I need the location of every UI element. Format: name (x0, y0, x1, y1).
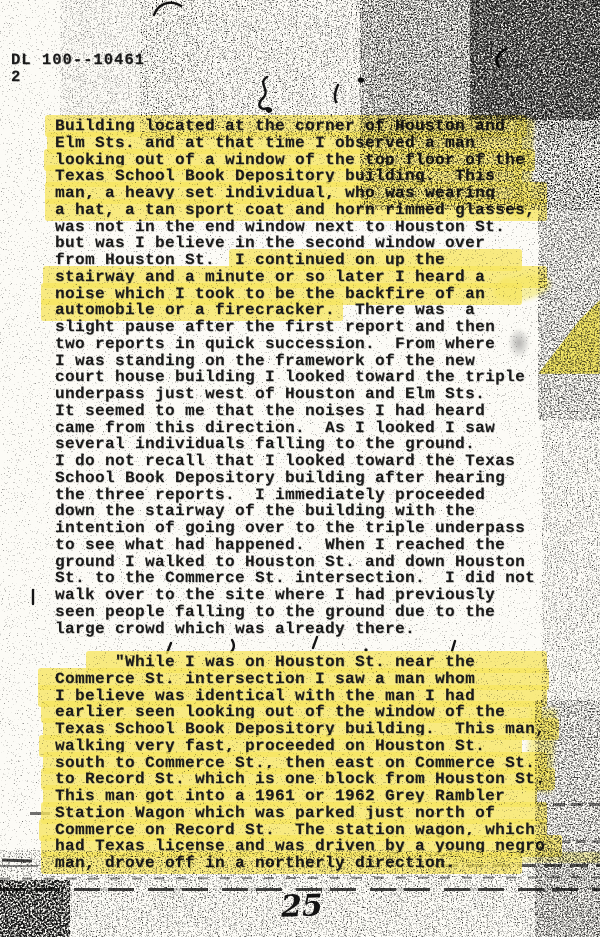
highlighted-text: This man got into a 1961 or 1962 Grey Ra… (45, 787, 535, 805)
text-line: had Texas license and was driven by a yo… (55, 838, 595, 855)
text-line: I was standing on the framework of the n… (55, 353, 595, 370)
text-line: intention of going over to the triple un… (55, 520, 595, 537)
text-line: underpass just west of Houston and Elm S… (55, 386, 595, 403)
plain-text: I do not recall that I looked toward the… (55, 452, 515, 470)
text-line: looking out of a window of the top floor… (55, 152, 595, 169)
text-line: south to Commerce St., then east on Comm… (55, 755, 595, 772)
plain-text: I was standing on the framework of the n… (55, 352, 475, 370)
plain-text: but was I believe in the second window o… (55, 234, 485, 252)
plain-text: slight pause after the first report and … (55, 318, 495, 336)
plain-text: came from this direction. As I looked I … (55, 419, 495, 437)
plain-text: underpass just west of Houston and Elm S… (55, 385, 485, 403)
highlighted-text: man, a heavy set individual, who was wea… (47, 184, 545, 202)
text-line: St. to the Commerce St. intersection. I … (55, 570, 595, 587)
noise-patch (470, 0, 600, 120)
text-line: Commerce St. intersection I saw a man wh… (55, 671, 595, 688)
plain-text: from Houston St. (55, 251, 235, 269)
highlighted-text: looking out of a window of the top floor… (46, 151, 533, 169)
noise-patch (0, 880, 70, 937)
highlighted-text: I believe was identical with the man I h… (40, 687, 545, 705)
plain-text: to see what had happened. When I reached… (55, 536, 505, 554)
highlighted-text: Commerce on Record St. The station wagon… (41, 821, 545, 839)
highlighted-text: a hat, a tan sport coat and horn rimmed … (47, 201, 545, 219)
text-line: automobile or a firecracker. There was a (55, 302, 595, 319)
plain-text: large crowd which was already there. (55, 620, 415, 638)
text-line: walking very fast, proceeded on Houston … (55, 738, 595, 755)
pen-squiggle (497, 49, 506, 67)
plain-text: ground I walked to Houston St. and down … (55, 553, 525, 571)
typewritten-text: Building located at the corner of Housto… (55, 118, 595, 872)
text-line: but was I believe in the second window o… (55, 235, 595, 252)
highlighted-text: noise which I took to be the backfire of… (43, 285, 520, 303)
highlighted-text: to Record St. which is one block from Ho… (43, 770, 553, 788)
plain-text: court house building I looked toward the… (55, 368, 525, 386)
text-line: ground I walked to Houston St. and down … (55, 554, 595, 571)
highlighted-text: "While I was on Houston St. near the (88, 653, 545, 671)
highlighted-text: automobile or a firecracker. (43, 301, 341, 319)
file-number: DL 100--10461 (11, 52, 145, 69)
highlighted-text: Building located at the corner of Housto… (47, 117, 525, 135)
highlighted-text: Commerce St. intersection I saw a man wh… (40, 670, 547, 688)
plain-text: the three reports. I immediately proceed… (55, 486, 485, 504)
plain-text: walk over to the site where I had previo… (55, 586, 495, 604)
text-line: This man got into a 1961 or 1962 Grey Ra… (55, 788, 595, 805)
highlighted-text: Elm Sts. and at that time I observed a m… (49, 134, 520, 152)
text-line: came from this direction. As I looked I … (55, 420, 595, 437)
plain-text: It seemed to me that the noises I had he… (55, 402, 485, 420)
text-line: noise which I took to be the backfire of… (55, 286, 595, 303)
pen-tick (335, 85, 338, 102)
plain-text: was not in the end window next to Housto… (55, 218, 505, 236)
text-line: Station Wagon which was parked just nort… (55, 805, 595, 822)
text-line: "While I was on Houston St. near the (55, 654, 595, 671)
pen-squiggle (259, 77, 268, 109)
text-line: It seemed to me that the noises I had he… (55, 403, 595, 420)
text-line: man, drove off in a northerly direction. (55, 855, 595, 872)
text-line: was not in the end window next to Housto… (55, 219, 595, 236)
plain-text: two reports in quick succession. From wh… (55, 335, 495, 353)
text-line: court house building I looked toward the… (55, 369, 595, 386)
text-line: down the stairway of the building with t… (55, 503, 595, 520)
paragraph: "While I was on Houston St. near theComm… (55, 654, 595, 872)
text-line: stairway and a minute or so later I hear… (55, 269, 595, 286)
text-line: man, a heavy set individual, who was wea… (55, 185, 595, 202)
highlighted-text: had Texas license and was driven by a yo… (43, 837, 560, 855)
text-line: Texas School Book Depository building. T… (55, 721, 595, 738)
plain-text: several individuals falling to the groun… (55, 435, 475, 453)
text-line: large crowd which was already there. (55, 621, 595, 638)
text-line: the three reports. I immediately proceed… (55, 487, 595, 504)
handwritten-page-number: 25 (280, 888, 323, 924)
text-line: I believe was identical with the man I h… (55, 688, 595, 705)
highlighted-text: man, drove off in a northerly direction. (43, 854, 520, 872)
document-header: DL 100--10461 2 (11, 52, 145, 86)
paragraph: Building located at the corner of Housto… (55, 118, 595, 637)
text-line: School Book Depository building after he… (55, 470, 595, 487)
plain-text: down the stairway of the building with t… (55, 502, 475, 520)
text-line: two reports in quick succession. From wh… (55, 336, 595, 353)
text-line: Elm Sts. and at that time I observed a m… (55, 135, 595, 152)
text-line: earlier seen looking out of the window o… (55, 704, 595, 721)
text-line: I do not recall that I looked toward the… (55, 453, 595, 470)
text-line: Commerce on Record St. The station wagon… (55, 822, 595, 839)
text-line: Building located at the corner of Housto… (55, 118, 595, 135)
highlighted-text: south to Commerce St., then east on Comm… (45, 754, 545, 772)
scan-line-artifact (437, 25, 438, 120)
highlighted-text: I continued on up the (231, 251, 520, 269)
page-number-top: 2 (11, 69, 145, 86)
text-line: seen people falling to the ground due to… (55, 604, 595, 621)
highlighted-text: Texas School Book Depository building. T… (45, 720, 557, 738)
scan-streak (0, 876, 600, 880)
ink-blot (266, 107, 272, 112)
highlighted-text: stairway and a minute or so later I hear… (45, 268, 545, 286)
text-line: to Record St. which is one block from Ho… (55, 771, 595, 788)
document-page: DL 100--10461 2 Building located at the … (0, 0, 600, 937)
text-line: slight pause after the first report and … (55, 319, 595, 336)
margin-dash (2, 858, 32, 862)
highlighted-text: Station Wagon which was parked just nort… (43, 804, 545, 822)
text-line: to see what had happened. When I reached… (55, 537, 595, 554)
text-line: from Houston St. I continued on up the (55, 252, 595, 269)
plain-text: St. to the Commerce St. intersection. I … (55, 569, 535, 587)
highlighted-text: earlier seen looking out of the window o… (43, 703, 540, 721)
text-line: several individuals falling to the groun… (55, 436, 595, 453)
pen-squiggle (154, 3, 181, 15)
highlighted-text: walking very fast, proceeded on Houston … (41, 737, 520, 755)
ink-blot (358, 77, 365, 82)
plain-text: intention of going over to the triple un… (55, 519, 525, 537)
plain-text: seen people falling to the ground due to… (55, 603, 495, 621)
text-line: Texas School Book Depository building. T… (55, 168, 595, 185)
margin-dash (0, 865, 38, 867)
plain-text: There was a (335, 301, 475, 319)
highlighted-text: Texas School Book Depository building. T… (48, 167, 520, 185)
text-line: walk over to the site where I had previo… (55, 587, 595, 604)
plain-text: School Book Depository building after he… (55, 469, 505, 487)
text-line: a hat, a tan sport coat and horn rimmed … (55, 202, 595, 219)
